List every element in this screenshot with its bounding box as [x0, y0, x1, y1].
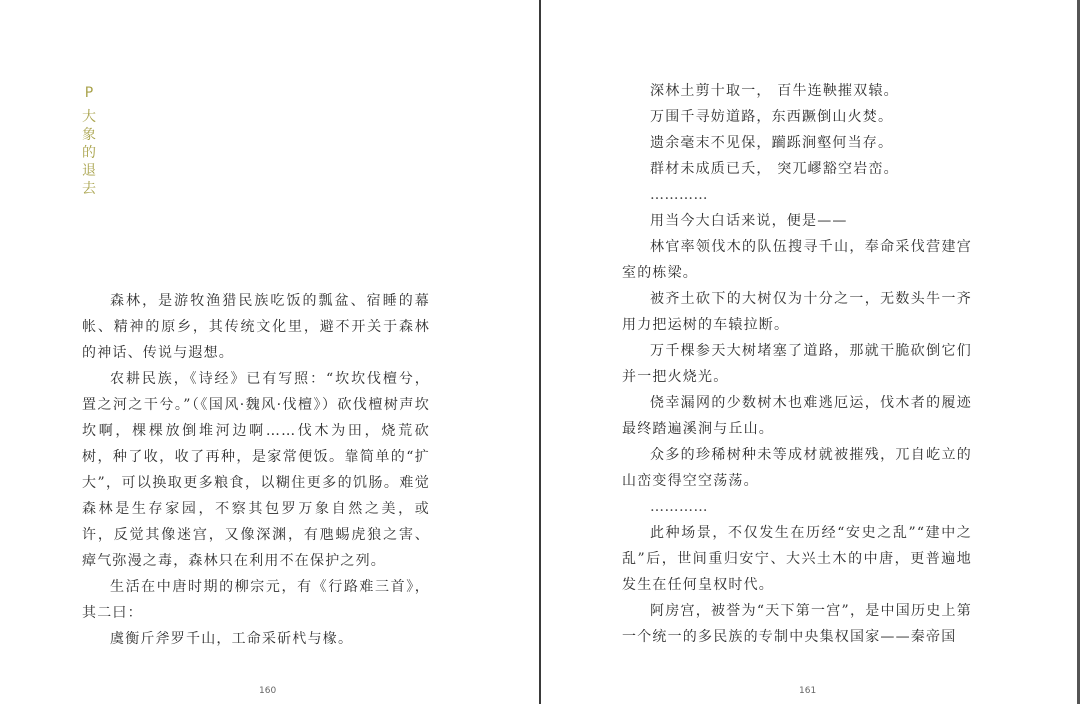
paragraph: 侥幸漏网的少数树木也难逃厄运，伐木者的履迹最终踏遍溪涧与丘山。: [622, 390, 972, 442]
chapter-title-text: 大象的退去: [81, 108, 97, 198]
right-body-text: 深林土剪十取一， 百牛连鞅摧双辕。 万围千寻妨道路，东西蹶倒山火焚。 遗余毫末不…: [622, 78, 972, 650]
paragraph: 用当今大白话来说，便是——: [622, 208, 972, 234]
poem-line: 虞衡斤斧罗千山，工命采斫杙与椽。: [82, 626, 430, 652]
paragraph: 万千棵参天大树堵塞了道路，那就干脆砍倒它们并一把火烧光。: [622, 338, 972, 390]
page-number-left: 160: [259, 686, 276, 696]
left-body-text: 森林，是游牧渔猎民族吃饭的瓢盆、宿睡的幕帐、精神的原乡，其传统文化里，避不开关于…: [82, 288, 430, 652]
ellipsis-line: …………: [622, 494, 972, 520]
paragraph: 农耕民族，《诗经》已有写照：“坎坎伐檀兮，置之河之干兮。”（《国风·魏风·伐檀》…: [82, 366, 430, 574]
poem-line: 群材未成质已夭， 突兀嵺豁空岩峦。: [622, 156, 972, 182]
left-page: P 大象的退去 森林，是游牧渔猎民族吃饭的瓢盆、宿睡的幕帐、精神的原乡，其传统文…: [0, 0, 539, 704]
poem-line: 遗余毫末不见保，躏跞涧壑何当存。: [622, 130, 972, 156]
paragraph: 生活在中唐时期的柳宗元，有《行路难三首》，其二曰：: [82, 574, 430, 626]
paragraph: 被齐土砍下的大树仅为十分之一，无数头牛一齐用力把运树的车辕拉断。: [622, 286, 972, 338]
page-number-right: 161: [799, 686, 816, 696]
chapter-mark-icon: P: [80, 84, 98, 102]
ellipsis-line: …………: [622, 182, 972, 208]
paragraph: 此种场景，不仅发生在历经“安史之乱”“建中之乱”后，世间重归安宁、大兴土木的中唐…: [622, 520, 972, 598]
paragraph: 森林，是游牧渔猎民族吃饭的瓢盆、宿睡的幕帐、精神的原乡，其传统文化里，避不开关于…: [82, 288, 430, 366]
poem-line: 深林土剪十取一， 百牛连鞅摧双辕。: [622, 78, 972, 104]
paragraph: 林官率领伐木的队伍搜寻千山，奉命采伐营建宫室的栋梁。: [622, 234, 972, 286]
paragraph: 众多的珍稀树种未等成材就被摧残，兀自屹立的山峦变得空空荡荡。: [622, 442, 972, 494]
book-spread: P 大象的退去 森林，是游牧渔猎民族吃饭的瓢盆、宿睡的幕帐、精神的原乡，其传统文…: [0, 0, 1080, 704]
chapter-running-title: P 大象的退去: [80, 84, 98, 198]
poem-line: 万围千寻妨道路，东西蹶倒山火焚。: [622, 104, 972, 130]
paragraph: 阿房宫，被誉为“天下第一宫”，是中国历史上第一个统一的多民族的专制中央集权国家—…: [622, 598, 972, 650]
